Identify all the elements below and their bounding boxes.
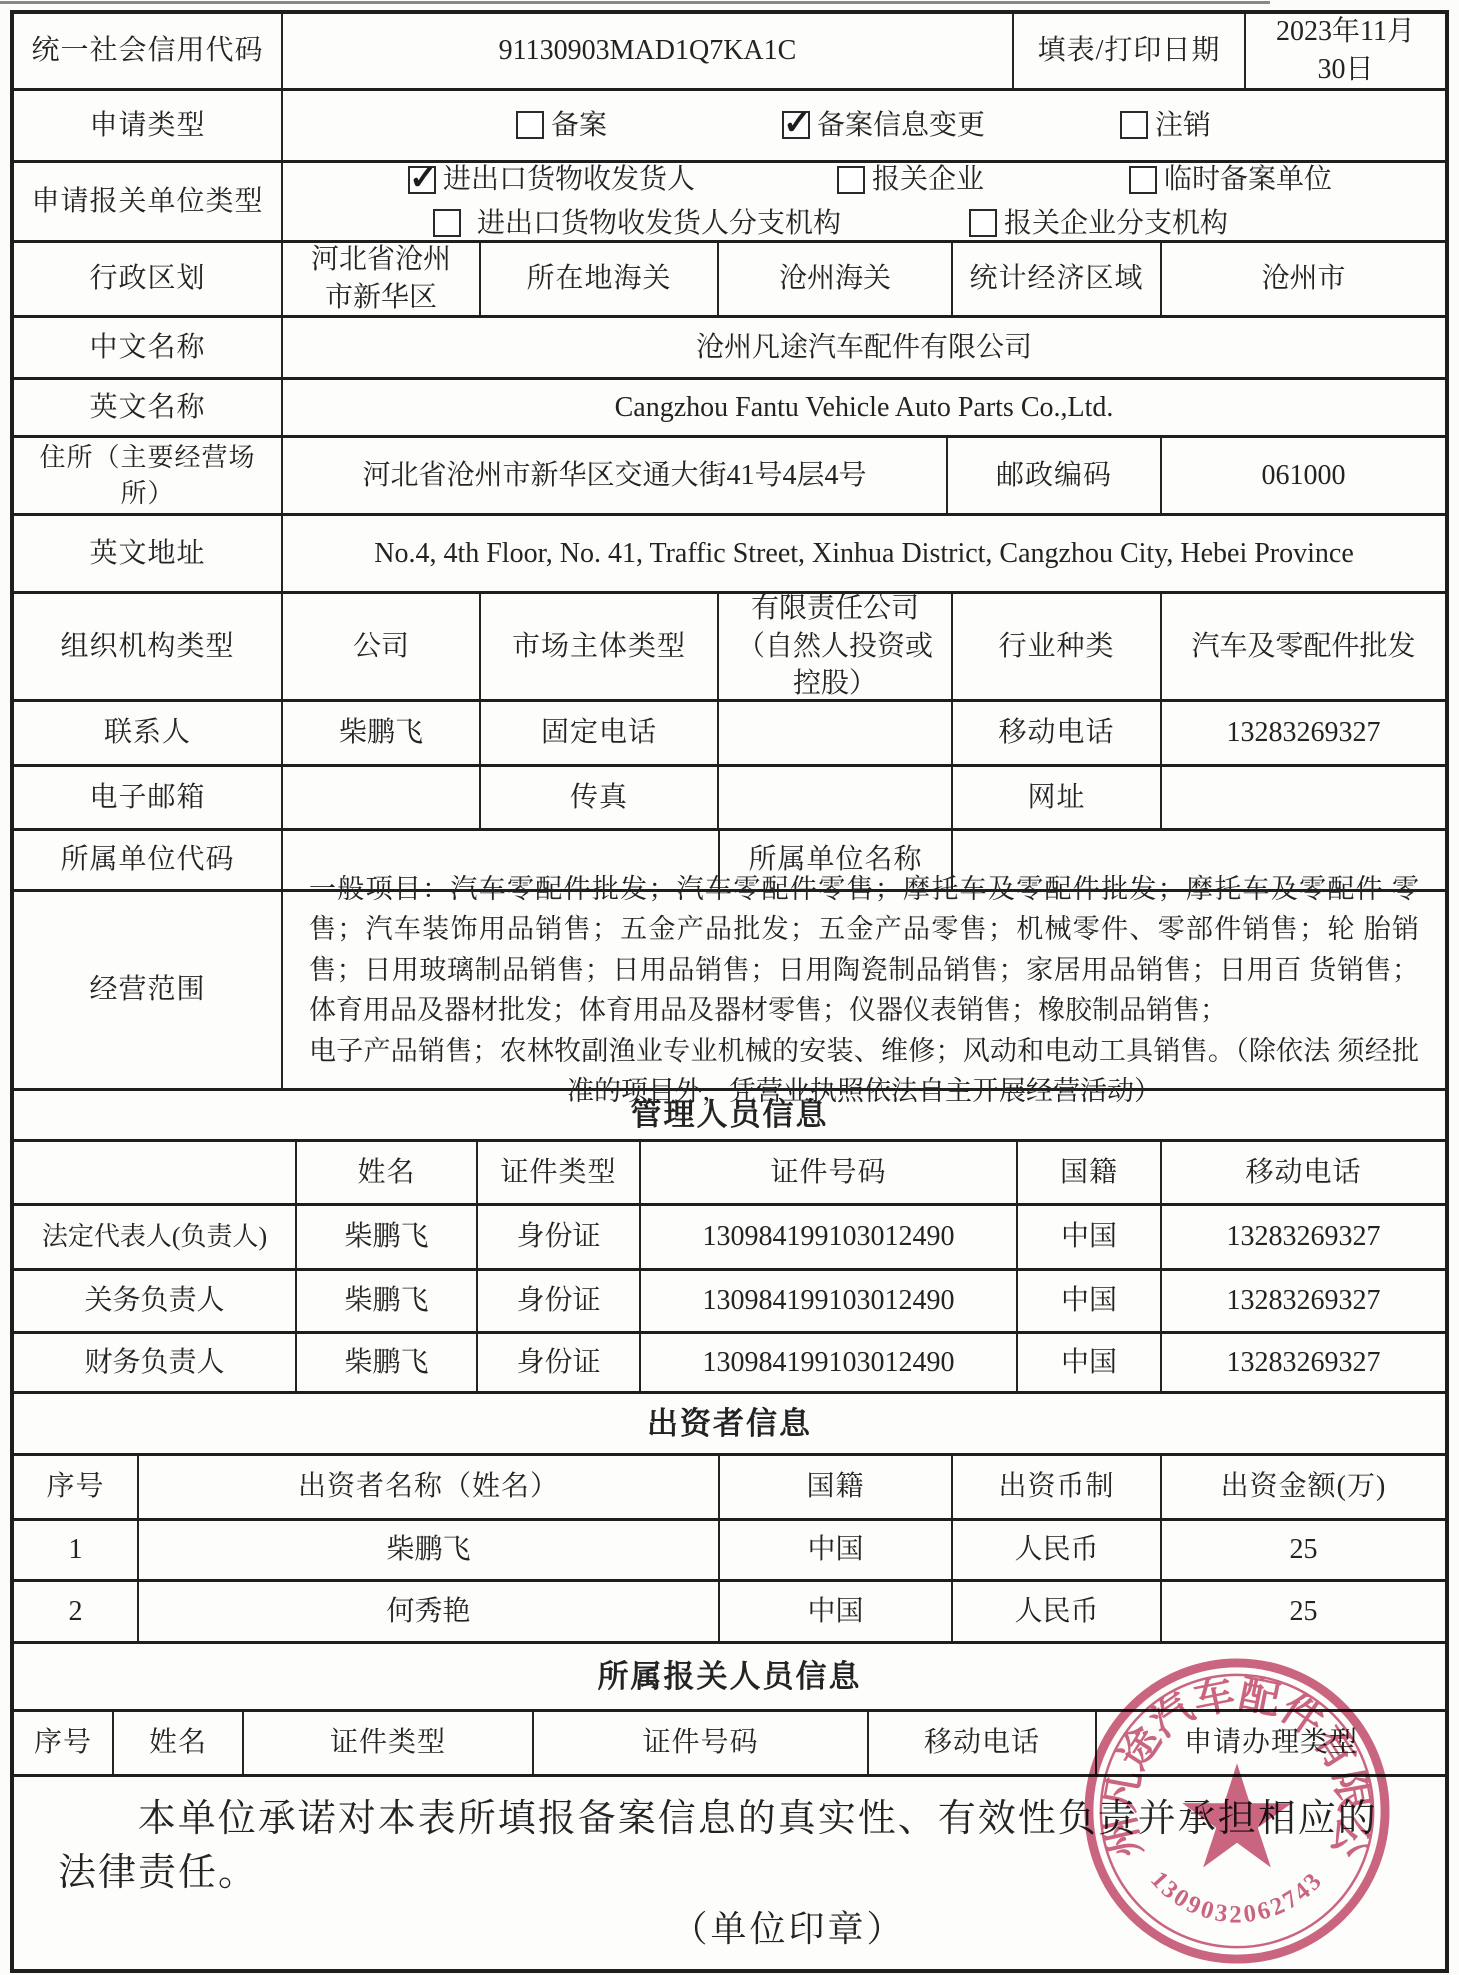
business-scope-label: 经营范围 [14,892,283,1088]
print-date-value: 2023年11月30日 [1246,14,1445,88]
investor-currency: 人民币 [953,1521,1162,1579]
row-cn-name: 中文名称 沧州凡途汽车配件有限公司 [14,318,1445,380]
manager-idtype: 身份证 [478,1271,641,1331]
row-managers-title: 管理人员信息 [14,1091,1445,1142]
manager-name: 柴鹏飞 [297,1206,478,1268]
email-value [283,767,481,828]
manager-mobile: 13283269327 [1162,1271,1445,1331]
seal-hint: （单位印章） [58,1901,1389,1952]
declaration-text: 本单位承诺对本表所填报备案信息的真实性、有效性负责并承担相应的法律责任。 [58,1793,1389,1901]
cn-name-value: 沧州凡途汽车配件有限公司 [283,318,1445,377]
manager-nationality: 中国 [1018,1334,1162,1391]
manager-mobile: 13283269327 [1162,1206,1445,1268]
scan-edge-artifact [0,1,1270,4]
investor-row-1: 1 柴鹏飞 中国 人民币 25 [14,1521,1445,1582]
unit-type-line2: ✓ 进出口货物收发货人分支机构 ✓ 报关企业分支机构 [283,205,1445,243]
row-declaration: 本单位承诺对本表所填报备案信息的真实性、有效性负责并承担相应的法律责任。 （单位… [14,1777,1445,1969]
managers-title: 管理人员信息 [14,1091,1445,1139]
option-consignee-branch-label: 进出口货物收发货人分支机构 [477,205,841,243]
row-apply-type: 申请类型 ✓ 备案 ✓ 备案信息变更 ✓ 注销 [14,91,1445,163]
managers-header-idtype: 证件类型 [478,1142,641,1203]
credit-code-value: 91130903MAD1Q7KA1C [283,14,1014,88]
row-en-address: 英文地址 No.4, 4th Floor, No. 41, Traffic St… [14,516,1445,594]
market-type-label: 市场主体类型 [481,594,719,699]
unit-type-label: 申请报关单位类型 [14,163,283,240]
business-scope-para1: 一般项目：汽车零配件批发；汽车零配件零售；摩托车及零配件批发；摩托车及零配件 零… [309,869,1419,1031]
customs-value: 沧州海关 [719,243,953,315]
postal-value: 061000 [1162,438,1445,513]
business-scope-value: 一般项目：汽车零配件批发；汽车零配件零售；摩托车及零配件批发；摩托车及零配件 零… [283,892,1445,1088]
row-business-scope: 经营范围 一般项目：汽车零配件批发；汽车零配件零售；摩托车及零配件批发；摩托车及… [14,892,1445,1091]
row-region: 行政区划 河北省沧州市新华区 所在地海关 沧州海关 统计经济区域 沧州市 [14,243,1445,318]
investors-header-no: 序号 [14,1456,139,1518]
economic-region-value: 沧州市 [1162,243,1445,315]
checkbox-temporary-unit-icon: ✓ [1129,166,1157,194]
option-beian: ✓ 备案 [516,107,607,145]
checkbox-consignee-branch-icon: ✓ [433,209,461,237]
fax-value [719,767,953,828]
row-email: 电子邮箱 传真 网址 [14,767,1445,831]
staff-header-no: 序号 [14,1712,114,1774]
postal-label: 邮政编码 [948,438,1162,513]
apply-type-options: ✓ 备案 ✓ 备案信息变更 ✓ 注销 [283,91,1445,160]
manager-nationality: 中国 [1018,1271,1162,1331]
manager-role: 财务负责人 [14,1334,297,1391]
row-org-type: 组织机构类型 公司 市场主体类型 有限责任公司（自然人投资或控股） 行业种类 汽… [14,594,1445,702]
row-staff-title: 所属报关人员信息 [14,1644,1445,1712]
manager-name: 柴鹏飞 [297,1271,478,1331]
manager-row-finance: 财务负责人 柴鹏飞 身份证 130984199103012490 中国 1328… [14,1334,1445,1394]
contact-value: 柴鹏飞 [283,702,481,764]
fax-label: 传真 [481,767,719,828]
manager-mobile: 13283269327 [1162,1334,1445,1391]
manager-idnumber: 130984199103012490 [641,1334,1018,1391]
customs-label: 所在地海关 [481,243,719,315]
investor-currency: 人民币 [953,1582,1162,1641]
address-value: 河北省沧州市新华区交通大街41号4层4号 [283,438,948,513]
option-consignee: ✓ 进出口货物收发货人 [408,161,695,199]
contact-label: 联系人 [14,702,283,764]
investor-row-2: 2 何秀艳 中国 人民币 25 [14,1582,1445,1644]
row-contact: 联系人 柴鹏飞 固定电话 移动电话 13283269327 [14,702,1445,767]
manager-row-legal-rep: 法定代表人(负责人) 柴鹏飞 身份证 130984199103012490 中国… [14,1206,1445,1271]
staff-header-name: 姓名 [114,1712,244,1774]
option-change: ✓ 备案信息变更 [782,107,985,145]
checkbox-customs-broker-icon: ✓ [837,166,865,194]
region-label: 行政区划 [14,243,283,315]
en-address-label: 英文地址 [14,516,283,591]
credit-code-label: 统一社会信用代码 [14,14,283,88]
address-label: 住所（主要经营场所） [14,438,283,513]
apply-type-line: ✓ 备案 ✓ 备案信息变更 ✓ 注销 [283,107,1445,145]
phone-value [719,702,953,764]
option-cancel-label: 注销 [1155,107,1211,145]
website-label: 网址 [953,767,1162,828]
manager-nationality: 中国 [1018,1206,1162,1268]
print-date-label: 填表/打印日期 [1014,14,1246,88]
option-change-label: 备案信息变更 [817,107,985,145]
investor-no: 1 [14,1521,139,1579]
managers-header-nationality: 国籍 [1018,1142,1162,1203]
region-value: 河北省沧州市新华区 [283,243,481,315]
scanned-registration-form: 统一社会信用代码 91130903MAD1Q7KA1C 填表/打印日期 2023… [0,0,1459,1975]
investors-header-amount: 出资金额(万) [1162,1456,1445,1518]
economic-region-label: 统计经济区域 [953,243,1162,315]
option-broker-branch-label: 报关企业分支机构 [1004,205,1228,243]
staff-header-idtype: 证件类型 [244,1712,534,1774]
market-type-value: 有限责任公司（自然人投资或控股） [719,594,953,699]
en-address-value: No.4, 4th Floor, No. 41, Traffic Street,… [283,516,1445,591]
org-type-value: 公司 [283,594,481,699]
investor-nationality: 中国 [720,1582,953,1641]
manager-idtype: 身份证 [478,1334,641,1391]
option-consignee-branch: ✓ 进出口货物收发货人分支机构 [433,205,841,243]
manager-role: 法定代表人(负责人) [14,1206,297,1268]
en-name-label: 英文名称 [14,380,283,435]
email-label: 电子邮箱 [14,767,283,828]
investors-header-nationality: 国籍 [720,1456,953,1518]
checkbox-beian-icon: ✓ [516,111,544,139]
investor-name: 柴鹏飞 [139,1521,720,1579]
unit-code-label: 所属单位代码 [14,831,283,889]
row-unit-type: 申请报关单位类型 ✓ 进出口货物收发货人 ✓ 报关企业 ✓ 临时备案单位 [14,163,1445,243]
option-temporary-unit: ✓ 临时备案单位 [1129,161,1332,199]
checkbox-broker-branch-icon: ✓ [969,209,997,237]
phone-label: 固定电话 [481,702,719,764]
managers-header-mobile: 移动电话 [1162,1142,1445,1203]
investors-header-currency: 出资币制 [953,1456,1162,1518]
investor-no: 2 [14,1582,139,1641]
option-consignee-label: 进出口货物收发货人 [443,161,695,199]
org-type-label: 组织机构类型 [14,594,283,699]
row-investors-title: 出资者信息 [14,1394,1445,1456]
option-temporary-unit-label: 临时备案单位 [1164,161,1332,199]
option-customs-broker-label: 报关企业 [872,161,984,199]
checkbox-change-icon: ✓ [782,111,810,139]
mobile-value: 13283269327 [1162,702,1445,764]
investor-nationality: 中国 [720,1521,953,1579]
staff-header-idnumber: 证件号码 [534,1712,869,1774]
staff-title: 所属报关人员信息 [14,1644,1445,1709]
investors-title: 出资者信息 [14,1394,1445,1453]
managers-header-role [14,1142,297,1203]
en-name-value: Cangzhou Fantu Vehicle Auto Parts Co.,Lt… [283,380,1445,435]
unit-type-line1: ✓ 进出口货物收发货人 ✓ 报关企业 ✓ 临时备案单位 [283,161,1445,199]
staff-header-mobile: 移动电话 [869,1712,1097,1774]
apply-type-label: 申请类型 [14,91,283,160]
manager-name: 柴鹏飞 [297,1334,478,1391]
row-address: 住所（主要经营场所） 河北省沧州市新华区交通大街41号4层4号 邮政编码 061… [14,438,1445,516]
row-credit-code: 统一社会信用代码 91130903MAD1Q7KA1C 填表/打印日期 2023… [14,14,1445,91]
industry-label: 行业种类 [953,594,1162,699]
industry-value: 汽车及零配件批发 [1162,594,1445,699]
investor-name: 何秀艳 [139,1582,720,1641]
investors-header-name: 出资者名称（姓名） [139,1456,720,1518]
managers-header-name: 姓名 [297,1142,478,1203]
managers-header-idnumber: 证件号码 [641,1142,1018,1203]
row-staff-header: 序号 姓名 证件类型 证件号码 移动电话 申请办理类型 [14,1712,1445,1777]
row-investors-header: 序号 出资者名称（姓名） 国籍 出资币制 出资金额(万) [14,1456,1445,1521]
website-value [1162,767,1445,828]
unit-type-options: ✓ 进出口货物收发货人 ✓ 报关企业 ✓ 临时备案单位 ✓ 进出 [283,163,1445,240]
staff-header-applytype: 申请办理类型 [1097,1712,1445,1774]
option-cancel: ✓ 注销 [1120,107,1211,145]
option-customs-broker: ✓ 报关企业 [837,161,984,199]
investor-amount: 25 [1162,1582,1445,1641]
checkbox-consignee-icon: ✓ [408,166,436,194]
manager-idnumber: 130984199103012490 [641,1206,1018,1268]
manager-idnumber: 130984199103012490 [641,1271,1018,1331]
form-table: 统一社会信用代码 91130903MAD1Q7KA1C 填表/打印日期 2023… [10,10,1449,1973]
row-en-name: 英文名称 Cangzhou Fantu Vehicle Auto Parts C… [14,380,1445,438]
manager-row-customs: 关务负责人 柴鹏飞 身份证 130984199103012490 中国 1328… [14,1271,1445,1334]
manager-idtype: 身份证 [478,1206,641,1268]
manager-role: 关务负责人 [14,1271,297,1331]
row-managers-header: 姓名 证件类型 证件号码 国籍 移动电话 [14,1142,1445,1206]
option-broker-branch: ✓ 报关企业分支机构 [969,205,1228,243]
cn-name-label: 中文名称 [14,318,283,377]
option-beian-label: 备案 [551,107,607,145]
mobile-label: 移动电话 [953,702,1162,764]
investor-amount: 25 [1162,1521,1445,1579]
checkbox-cancel-icon: ✓ [1120,111,1148,139]
